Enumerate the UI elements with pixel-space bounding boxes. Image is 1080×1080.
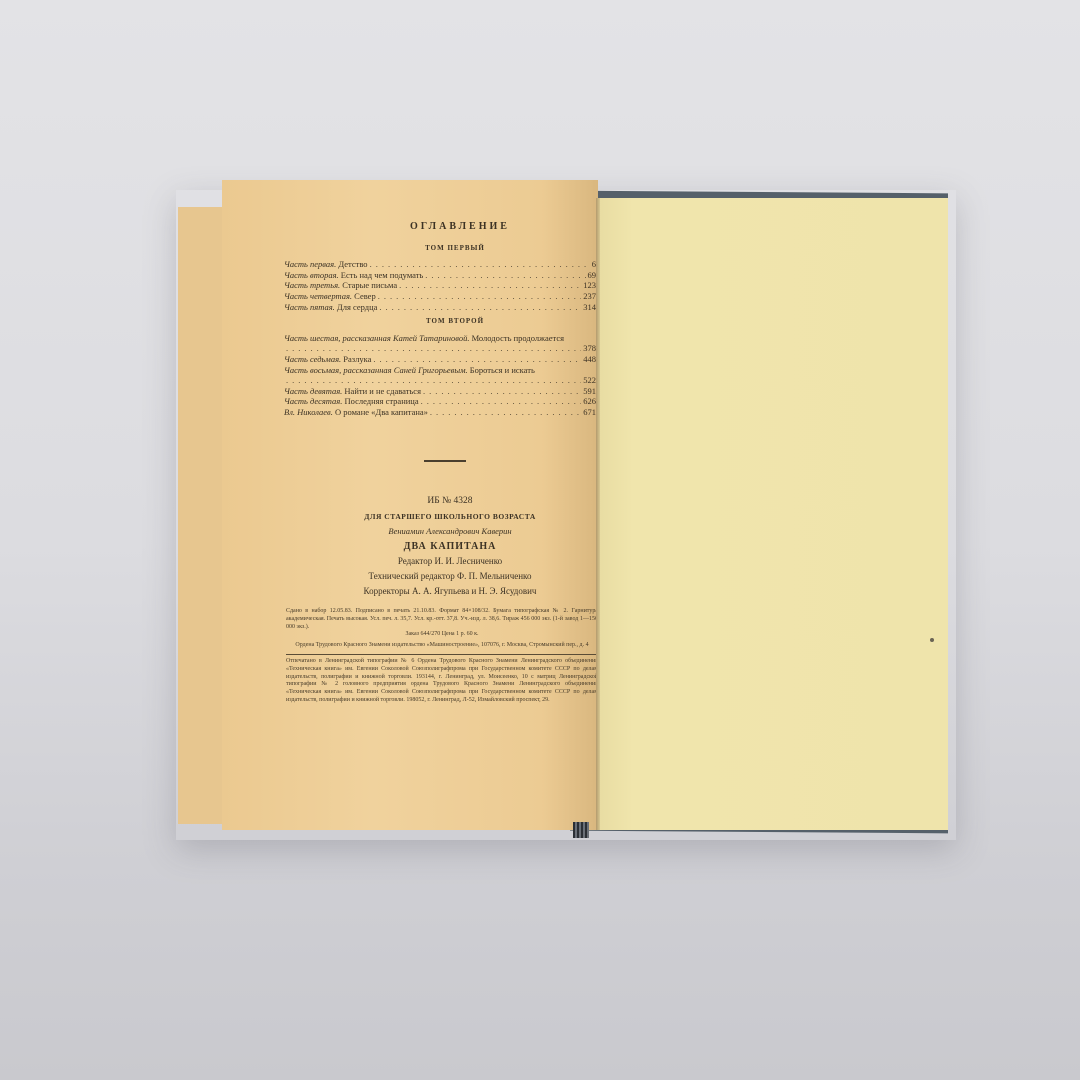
toc-entry: Часть восьмая, рассказанная Саней Григор… <box>284 365 596 376</box>
toc-entry-page: ........................................… <box>284 343 596 354</box>
author-name: Вениамин Александрович Каверин <box>300 524 600 539</box>
editor: Редактор И. И. Лесниченко <box>300 554 600 569</box>
toc-entry: Часть пятая. Для сердца ................… <box>284 302 596 313</box>
order-price: Заказ 644/270 Цена 1 р. 60 к. <box>286 631 598 639</box>
paper-spot <box>930 638 934 642</box>
tech-editor: Технический редактор Ф. П. Мельниченко <box>300 569 600 584</box>
section-divider <box>424 460 466 462</box>
book-gutter <box>596 198 600 830</box>
toc-entry: Вл. Николаев. О романе «Два капитана» ..… <box>284 407 596 418</box>
toc-entry-page: ........................................… <box>284 375 596 386</box>
volume2-title: ТОМ ВТОРОЙ <box>314 316 596 327</box>
printer-info: Отпечатано в Ленинградской типографии № … <box>286 658 598 705</box>
left-page: ОГЛАВЛЕНИЕ ТОМ ПЕРВЫЙ Часть первая. Детс… <box>222 180 598 830</box>
publisher-info: Ордена Трудового Красного Знамени издате… <box>286 642 598 650</box>
toc-entry: Часть десятая. Последняя страница ......… <box>284 396 596 407</box>
toc-title: ОГЛАВЛЕНИЕ <box>324 222 596 233</box>
toc-entry: Часть первая. Детство ..................… <box>284 259 596 270</box>
table-of-contents: ОГЛАВЛЕНИЕ ТОМ ПЕРВЫЙ Часть первая. Детс… <box>284 222 596 418</box>
toc-entry: Часть четвертая. Север .................… <box>284 291 596 302</box>
print-info: Сдано в набор 12.05.83. Подписано в печа… <box>286 608 598 631</box>
colophon-divider <box>286 654 598 655</box>
proofreaders: Корректоры А. А. Ягупьева и Н. Э. Ясудов… <box>300 584 600 599</box>
audience-label: ДЛЯ СТАРШЕГО ШКОЛЬНОГО ВОЗРАСТА <box>300 509 600 524</box>
spine-headband <box>573 822 589 838</box>
right-page-blank <box>598 198 948 830</box>
toc-entry: Часть третья. Старые письма ............… <box>284 280 596 291</box>
book-title: ДВА КАПИТАНА <box>300 539 600 554</box>
imprint: ИБ № 4328 ДЛЯ СТАРШЕГО ШКОЛЬНОГО ВОЗРАСТ… <box>300 494 600 599</box>
toc-entry: Часть шестая, рассказанная Катей Татарин… <box>284 333 596 344</box>
volume1-title: ТОМ ПЕРВЫЙ <box>314 243 596 254</box>
colophon: Сдано в набор 12.05.83. Подписано в печа… <box>286 608 598 705</box>
ib-number: ИБ № 4328 <box>300 494 600 509</box>
toc-entry: Часть девятая. Найти и не сдаваться ....… <box>284 386 596 397</box>
toc-entry: Часть вторая. Есть над чем подумать ....… <box>284 270 596 281</box>
toc-entry: Часть седьмая. Разлука .................… <box>284 354 596 365</box>
